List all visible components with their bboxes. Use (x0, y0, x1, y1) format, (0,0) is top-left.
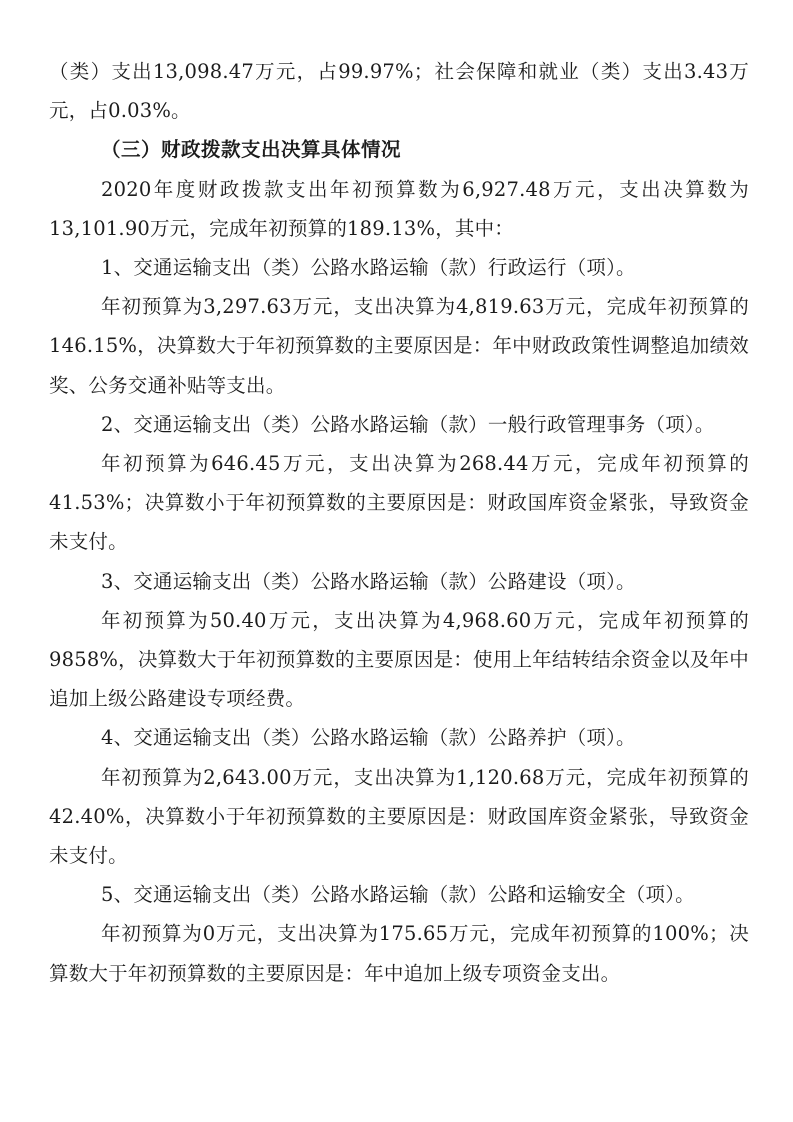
expenditure-item-2: 2、交通运输支出（类）公路水路运输（款）一般行政管理事务（项）。 年初预算为64… (49, 405, 749, 562)
item-title: 5、交通运输支出（类）公路水路运输（款）公路和运输安全（项）。 (49, 875, 749, 914)
expenditure-item-3: 3、交通运输支出（类）公路水路运输（款）公路建设（项）。 年初预算为50.40万… (49, 562, 749, 719)
continuation-paragraph: （类）支出13,098.47万元，占99.97%；社会保障和就业（类）支出3.4… (49, 52, 749, 130)
section-heading: （三）财政拨款支出决算具体情况 (49, 130, 749, 169)
expenditure-item-4: 4、交通运输支出（类）公路水路运输（款）公路养护（项）。 年初预算为2,643.… (49, 718, 749, 875)
item-body: 年初预算为646.45万元，支出决算为268.44万元，完成年初预算的41.53… (49, 444, 749, 562)
summary-paragraph: 2020年度财政拨款支出年初预算数为6,927.48万元，支出决算数为13,10… (49, 170, 749, 248)
item-title: 1、交通运输支出（类）公路水路运输（款）行政运行（项）。 (49, 248, 749, 287)
item-title: 2、交通运输支出（类）公路水路运输（款）一般行政管理事务（项）。 (49, 405, 749, 444)
item-title: 3、交通运输支出（类）公路水路运输（款）公路建设（项）。 (49, 562, 749, 601)
item-body: 年初预算为3,297.63万元，支出决算为4,819.63万元，完成年初预算的1… (49, 287, 749, 405)
item-body: 年初预算为50.40万元，支出决算为4,968.60万元，完成年初预算的9858… (49, 601, 749, 719)
expenditure-item-5: 5、交通运输支出（类）公路水路运输（款）公路和运输安全（项）。 年初预算为0万元… (49, 875, 749, 993)
item-body: 年初预算为0万元，支出决算为175.65万元，完成年初预算的100%；决算数大于… (49, 914, 749, 992)
item-body: 年初预算为2,643.00万元，支出决算为1,120.68万元，完成年初预算的4… (49, 758, 749, 876)
expenditure-item-1: 1、交通运输支出（类）公路水路运输（款）行政运行（项）。 年初预算为3,297.… (49, 248, 749, 405)
document-page: （类）支出13,098.47万元，占99.97%；社会保障和就业（类）支出3.4… (49, 52, 749, 993)
item-title: 4、交通运输支出（类）公路水路运输（款）公路养护（项）。 (49, 718, 749, 757)
